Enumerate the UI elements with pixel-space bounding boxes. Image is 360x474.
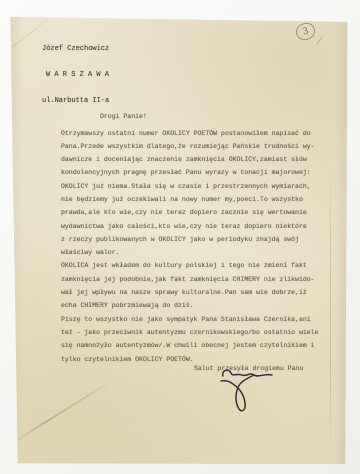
body-line: wał jej wpływu na nasze sprawy kulturaln… bbox=[61, 286, 323, 299]
body-line: wydawnictwa jako całości,kto wie,czy nie… bbox=[61, 220, 323, 233]
page-number: 3 bbox=[302, 26, 310, 37]
fold-crease-bottom-left bbox=[9, 379, 113, 445]
letter-body: Otrzymawszy ostatni numer OKOLICY POETÓW… bbox=[61, 127, 323, 366]
body-line: dawnicze i doceniając znaczenie zamknięc… bbox=[61, 153, 323, 166]
body-line: Otrzymawszy ostatni numer OKOLICY POETÓW… bbox=[61, 127, 323, 140]
body-line: OKOLICA jest wkładem do kultury polskiej… bbox=[61, 259, 323, 272]
body-line: tylko czytelnikiem OKOLICY POETÓW. bbox=[61, 353, 323, 366]
pencil-circled-number: 3 bbox=[294, 21, 317, 42]
body-line: OKOLICY już niema.Stała się w czasie i p… bbox=[61, 180, 323, 193]
fold-crease-right bbox=[330, 166, 331, 456]
sender-city: W A R S Z A W A bbox=[42, 71, 109, 80]
salutation: Drogi Panie! bbox=[100, 113, 147, 120]
body-line: nie będziemy już oczekiwali na nowy nume… bbox=[61, 193, 323, 206]
body-line: prawda,ale kto wie,czy nie teraz dopiero… bbox=[61, 206, 323, 219]
letterhead: Józef Czechowicz W A R S Z A W A ul.Narb… bbox=[42, 27, 109, 124]
body-line: Piszę to wszystko nie jako sympatyk Pana… bbox=[61, 313, 323, 326]
scan-background: Józef Czechowicz W A R S Z A W A ul.Narb… bbox=[0, 0, 360, 474]
sender-name: Józef Czechowicz bbox=[42, 45, 109, 54]
body-line: Pana.Przede wszystkim dlatego,że rozumie… bbox=[61, 140, 323, 153]
body-line: z rzeczy publikowanych w OKOLICY jako w … bbox=[61, 233, 323, 246]
body-line: zamknięcia jej podobnie,jak fakt zamknię… bbox=[61, 273, 323, 286]
sender-street: ul.Narbutta II-a bbox=[42, 97, 109, 106]
signature-scribble bbox=[209, 366, 279, 412]
pencil-mark bbox=[316, 37, 322, 45]
body-line: echa CHIMERY pobrzmiewają do dziś. bbox=[61, 299, 323, 312]
body-line: też - jako przeciwnik autentyzmu czernik… bbox=[61, 326, 323, 339]
body-line: właściwy walor. bbox=[61, 246, 323, 259]
letter-paper: Józef Czechowicz W A R S Z A W A ul.Narb… bbox=[9, 16, 348, 465]
body-line: się namnożyło autentyzmów/.W chwili obec… bbox=[61, 339, 323, 352]
body-line: kondolencyjnych pragnę przesłać Panu wyr… bbox=[61, 166, 323, 179]
